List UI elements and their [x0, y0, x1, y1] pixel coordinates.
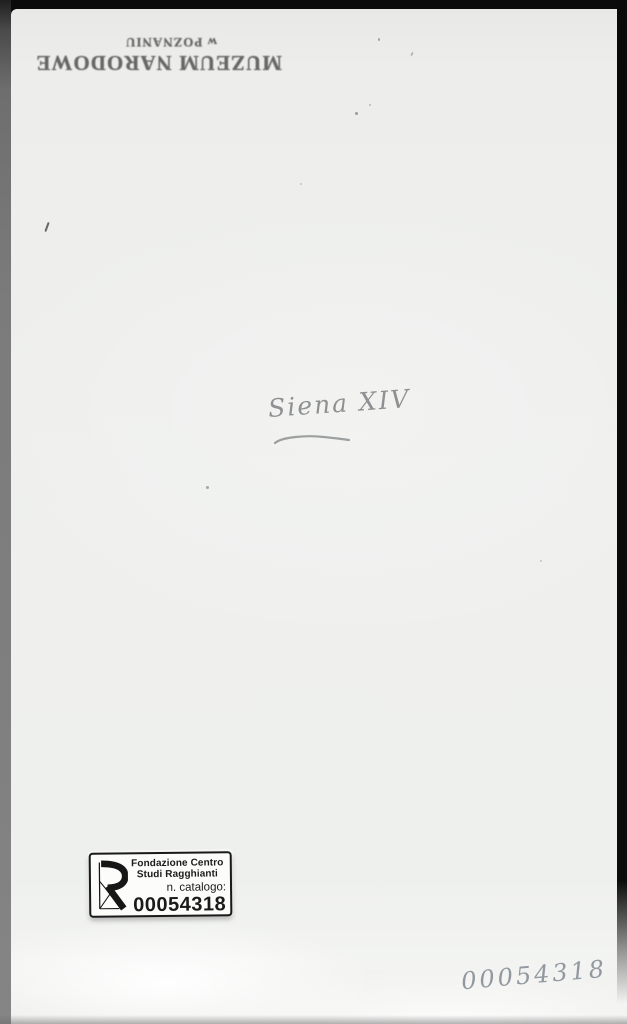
- dust-speck: [378, 38, 380, 41]
- stamp-line-1: MUZEUM NARODOWE: [86, 50, 282, 76]
- catalog-label: Fondazione Centro Studi Ragghianti n. ca…: [89, 851, 233, 917]
- annotation-underline: [272, 432, 352, 446]
- museum-stamp: MUZEUM NARODOWE w POZNANIU: [86, 24, 282, 76]
- dust-speck: [369, 104, 371, 106]
- stamp-line-2: w POZNANIU: [73, 34, 269, 50]
- scan-frame-top-edge: [0, 0, 627, 9]
- dust-speck: [206, 486, 209, 489]
- label-org-name-line2: Studi Ragghianti: [129, 868, 226, 880]
- dust-speck: [355, 112, 358, 115]
- scan-frame-bottom-shadow: [0, 1015, 627, 1024]
- dust-speck: [300, 183, 302, 185]
- ragghianti-logo-icon: [91, 854, 130, 915]
- scan-frame-right-edge: [617, 0, 627, 1024]
- label-catalog-number: 00054318: [129, 894, 226, 916]
- scan-frame-left-edge: [0, 0, 11, 1024]
- dust-speck: [540, 560, 542, 562]
- photo-verso-scan: MUZEUM NARODOWE w POZNANIU Siena XIV Fon…: [0, 0, 627, 1024]
- catalog-label-text: Fondazione Centro Studi Ragghianti n. ca…: [129, 853, 231, 915]
